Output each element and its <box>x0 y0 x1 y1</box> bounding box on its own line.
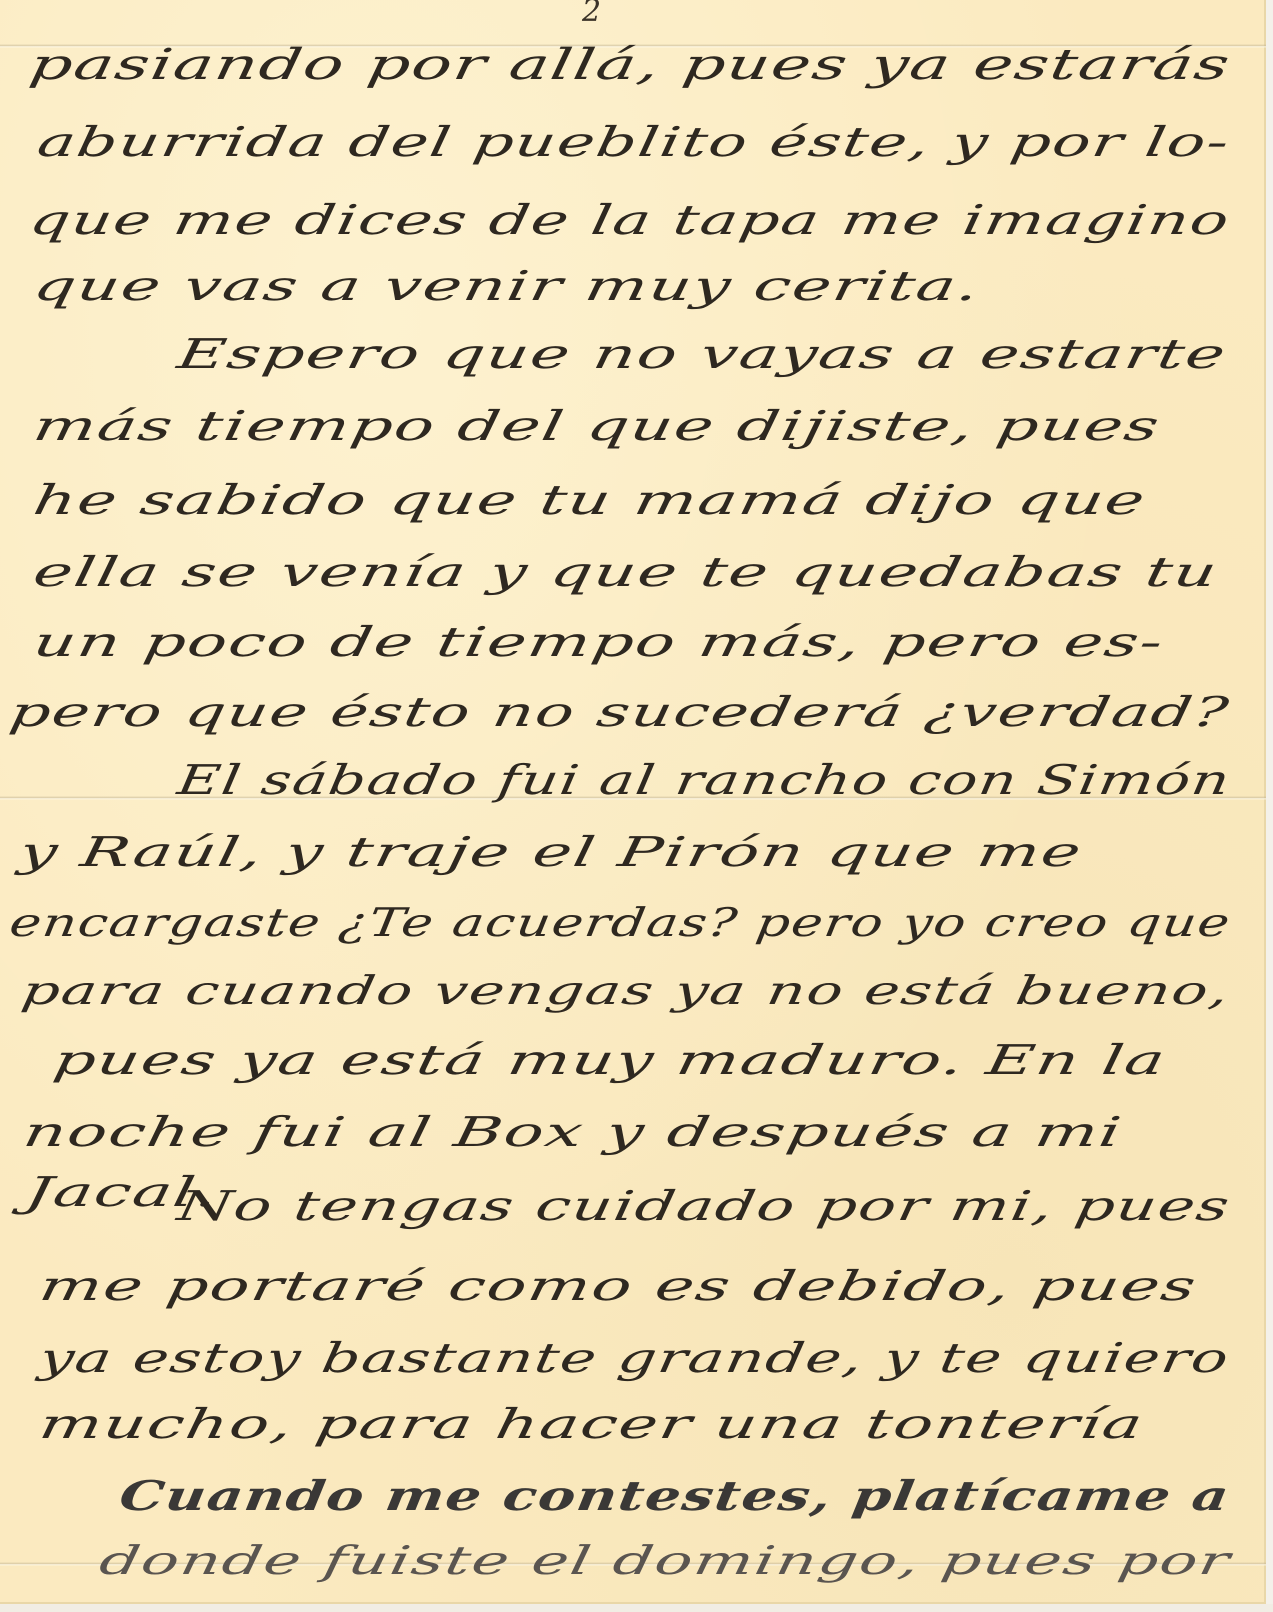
page-number: 2 <box>582 0 601 29</box>
paragraph-start-line: No tengas cuidado por mi, pues <box>174 1182 1234 1230</box>
letter-line: noche fui al Box y después a mi <box>20 1108 1126 1156</box>
letter-line: me portaré como es debido, pues <box>36 1262 1201 1310</box>
letter-line: encargaste ¿Te acuerdas? pero yo creo qu… <box>7 900 1234 946</box>
letter-line: aburrida del pueblito éste, y por lo- <box>34 118 1234 166</box>
scan-edge-right <box>1266 0 1273 1612</box>
paragraph-start-line: Espero que no vayas a estarte <box>174 330 1230 378</box>
letter-line: ella se venía y que te quedabas tu <box>30 548 1222 596</box>
letter-line: mucho, para hacer una tontería <box>36 1400 1147 1448</box>
letter-line: Cuando me contestes, platícame a <box>117 1472 1233 1520</box>
letter-line: pasiando por allá, pues ya estarás <box>26 40 1234 90</box>
letter-line: ya estoy bastante grande, y te quiero <box>36 1334 1233 1382</box>
letter-line: pero que ésto no sucederá ¿verdad? <box>6 688 1233 736</box>
scan-edge-bottom <box>0 1604 1273 1612</box>
letter-line: que vas a venir muy cerita. <box>30 262 984 310</box>
paragraph-start-line: El sábado fui al rancho con Simón <box>174 756 1234 804</box>
letter-line: y Raúl, y traje el Pirón que me <box>16 828 1086 876</box>
letter-line: pues ya está muy maduro. En la <box>50 1036 1170 1084</box>
letter-line: para cuando vengas ya no está bueno, <box>18 968 1233 1014</box>
letter-line: un poco de tiempo más, pero es- <box>30 618 1168 666</box>
letter-line: más tiempo del que dijiste, pues <box>30 402 1164 450</box>
letter-line: he sabido que tu mamá dijo que <box>30 476 1150 524</box>
letter-line: donde fuiste el domingo, pues por <box>96 1538 1234 1584</box>
letter-line: que me dices de la tapa me imagino <box>26 196 1233 244</box>
